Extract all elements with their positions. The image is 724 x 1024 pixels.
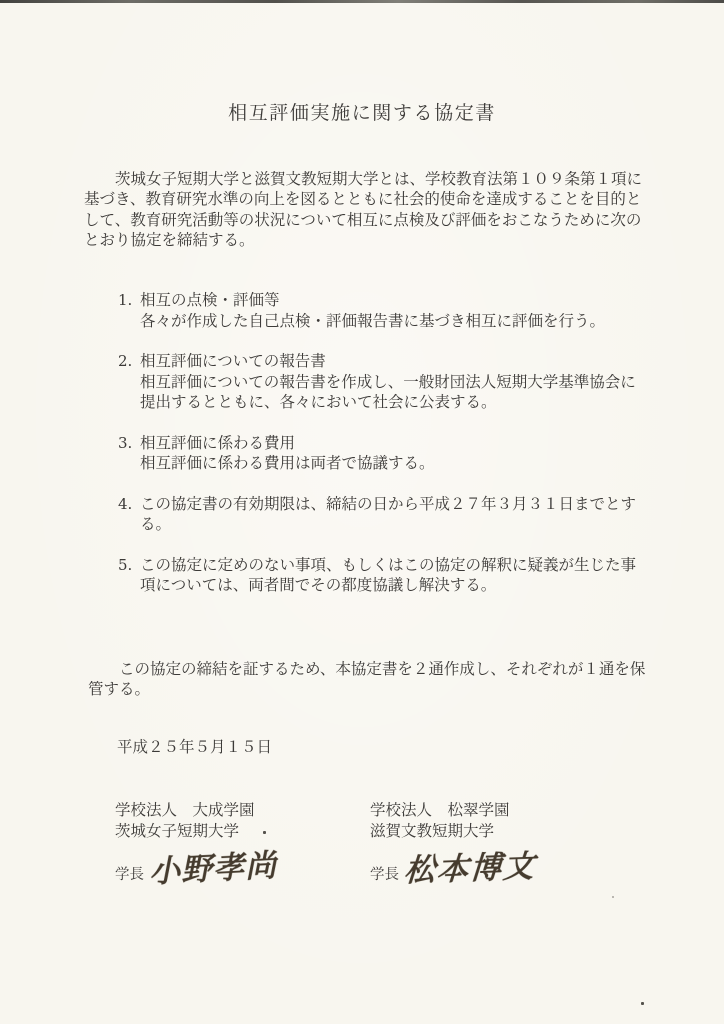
president-role-label: 学長 [115,849,144,884]
handwritten-signature: 松本博文 [403,847,538,892]
scan-speck [641,1002,644,1005]
handwritten-signature: 小野孝尚 [148,846,278,893]
clause-list: 1. 相互の点検・評価等 各々が作成した自己点検・評価報告書に基づき相互に評価を… [118,290,658,616]
clause-number: 1. [118,290,140,311]
clause-body: 相互評価についての報告書を作成し、一般財団法人短期大学基準協会に提出するとともに… [140,372,640,413]
corporation-name: 学校法人 松翠学園 [370,800,655,821]
signature-block-shiga: 学校法人 松翠学園 滋賀文教短期大学 学長 松本博文 [370,800,655,889]
scanned-agreement-page: 相互評価実施に関する協定書 茨城女子短期大学と滋賀文教短期大学とは、学校教育法第… [0,0,724,1024]
university-name: 滋賀文教短期大学 [370,821,655,842]
clause-item-5: 5. この協定に定めのない事項、もしくはこの協定の解釈に疑義が生じた事項について… [118,555,658,596]
president-role-label: 学長 [370,849,399,884]
clause-item-2: 2. 相互評価についての報告書 相互評価についての報告書を作成し、一般財団法人短… [118,351,658,413]
clause-heading: 相互評価についての報告書 [140,351,640,372]
clause-heading: 相互の点検・評価等 [140,290,640,311]
clause-body: 相互評価に係わる費用は両者で協議する。 [140,453,640,474]
president-signature-row: 学長 小野孝尚 [115,849,370,889]
clause-heading: 相互評価に係わる費用 [140,433,640,454]
signature-block-ibaraki: 学校法人 大成学園 茨城女子短期大学 学長 小野孝尚 [115,800,370,889]
closing-paragraph: この協定の締結を証するため、本協定書を２通作成し、それぞれが１通を保管する。 [88,659,647,700]
clause-item-4: 4. この協定書の有効期限は、締結の日から平成２７年３月３１日までとする。 [118,494,658,535]
signature-section: 学校法人 大成学園 茨城女子短期大学 学長 小野孝尚 学校法人 松翠学園 滋賀文… [115,800,655,889]
clause-number: 2. [118,351,140,372]
scan-speck [612,896,614,898]
clause-body: この協定に定めのない事項、もしくはこの協定の解釈に疑義が生じた事項については、両… [140,555,640,596]
clause-number: 5. [118,555,140,576]
document-title: 相互評価実施に関する協定書 [0,100,724,126]
clause-item-1: 1. 相互の点検・評価等 各々が作成した自己点検・評価報告書に基づき相互に評価を… [118,290,658,331]
university-name: 茨城女子短期大学 [115,821,370,842]
president-signature-row: 学長 松本博文 [370,849,655,889]
scan-speck [263,831,266,834]
clause-number: 4. [118,494,140,515]
corporation-name: 学校法人 大成学園 [115,800,370,821]
clause-body: この協定書の有効期限は、締結の日から平成２７年３月３１日までとする。 [140,494,640,535]
clause-item-3: 3. 相互評価に係わる費用 相互評価に係わる費用は両者で協議する。 [118,433,658,474]
clause-number: 3. [118,433,140,454]
date-line: 平成２５年５月１５日 [117,737,272,758]
preamble-paragraph: 茨城女子短期大学と滋賀文教短期大学とは、学校教育法第１０９条第１項に基づき、教育… [84,169,643,251]
scan-edge-artifact [0,0,724,3]
clause-body: 各々が作成した自己点検・評価報告書に基づき相互に評価を行う。 [140,311,640,332]
